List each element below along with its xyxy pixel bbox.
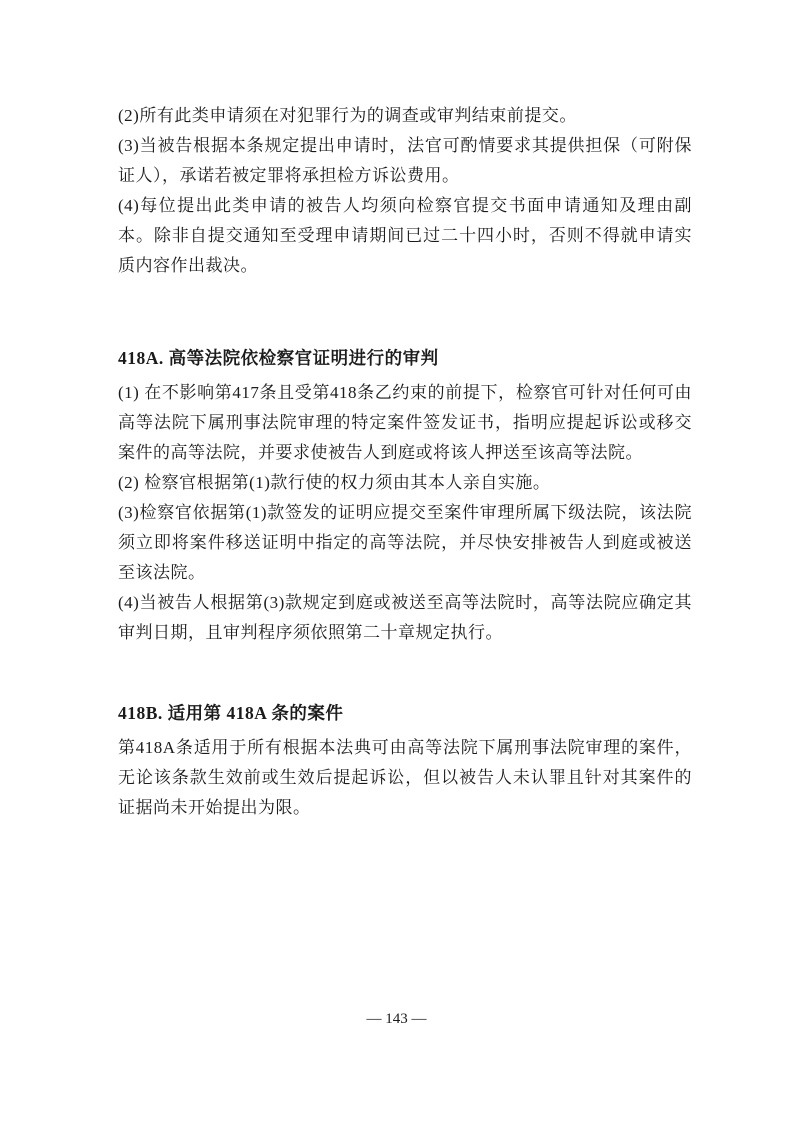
- paragraph-418-clause-3: (3)当被告根据本条规定提出申请时，法官可酌情要求其提供担保（可附保证人），承诺…: [118, 131, 692, 191]
- section-418a-heading: 418A. 高等法院依检察官证明进行的审判: [118, 343, 692, 373]
- paragraph-418a-clause-4: (4)当被告人根据第(3)款规定到庭或被送至高等法院时，高等法院应确定其审判日期…: [118, 588, 692, 648]
- page-content: (2)所有此类申请须在对犯罪行为的调查或审判结束前提交。 (3)当被告根据本条规…: [118, 101, 692, 823]
- paragraph-418a-clause-1: (1) 在不影响第417条且受第418条乙约束的前提下，检察官可针对任何可由高等…: [118, 378, 692, 468]
- paragraph-418a-clause-3: (3)检察官依据第(1)款签发的证明应提交至案件审理所属下级法院，该法院须立即将…: [118, 498, 692, 588]
- page-number: — 143 —: [0, 1008, 793, 1030]
- paragraph-418a-clause-2: (2) 检察官根据第(1)款行使的权力须由其本人亲自实施。: [118, 468, 692, 498]
- document-page: (2)所有此类申请须在对犯罪行为的调查或审判结束前提交。 (3)当被告根据本条规…: [0, 0, 793, 1122]
- section-418b-heading: 418B. 适用第 418A 条的案件: [118, 698, 692, 728]
- paragraph-418-clause-2: (2)所有此类申请须在对犯罪行为的调查或审判结束前提交。: [118, 101, 692, 131]
- paragraph-418-clause-4: (4)每位提出此类申请的被告人均须向检察官提交书面申请通知及理由副本。除非自提交…: [118, 191, 692, 281]
- paragraph-418b-body: 第418A条适用于所有根据本法典可由高等法院下属刑事法院审理的案件，无论该条款生…: [118, 733, 692, 823]
